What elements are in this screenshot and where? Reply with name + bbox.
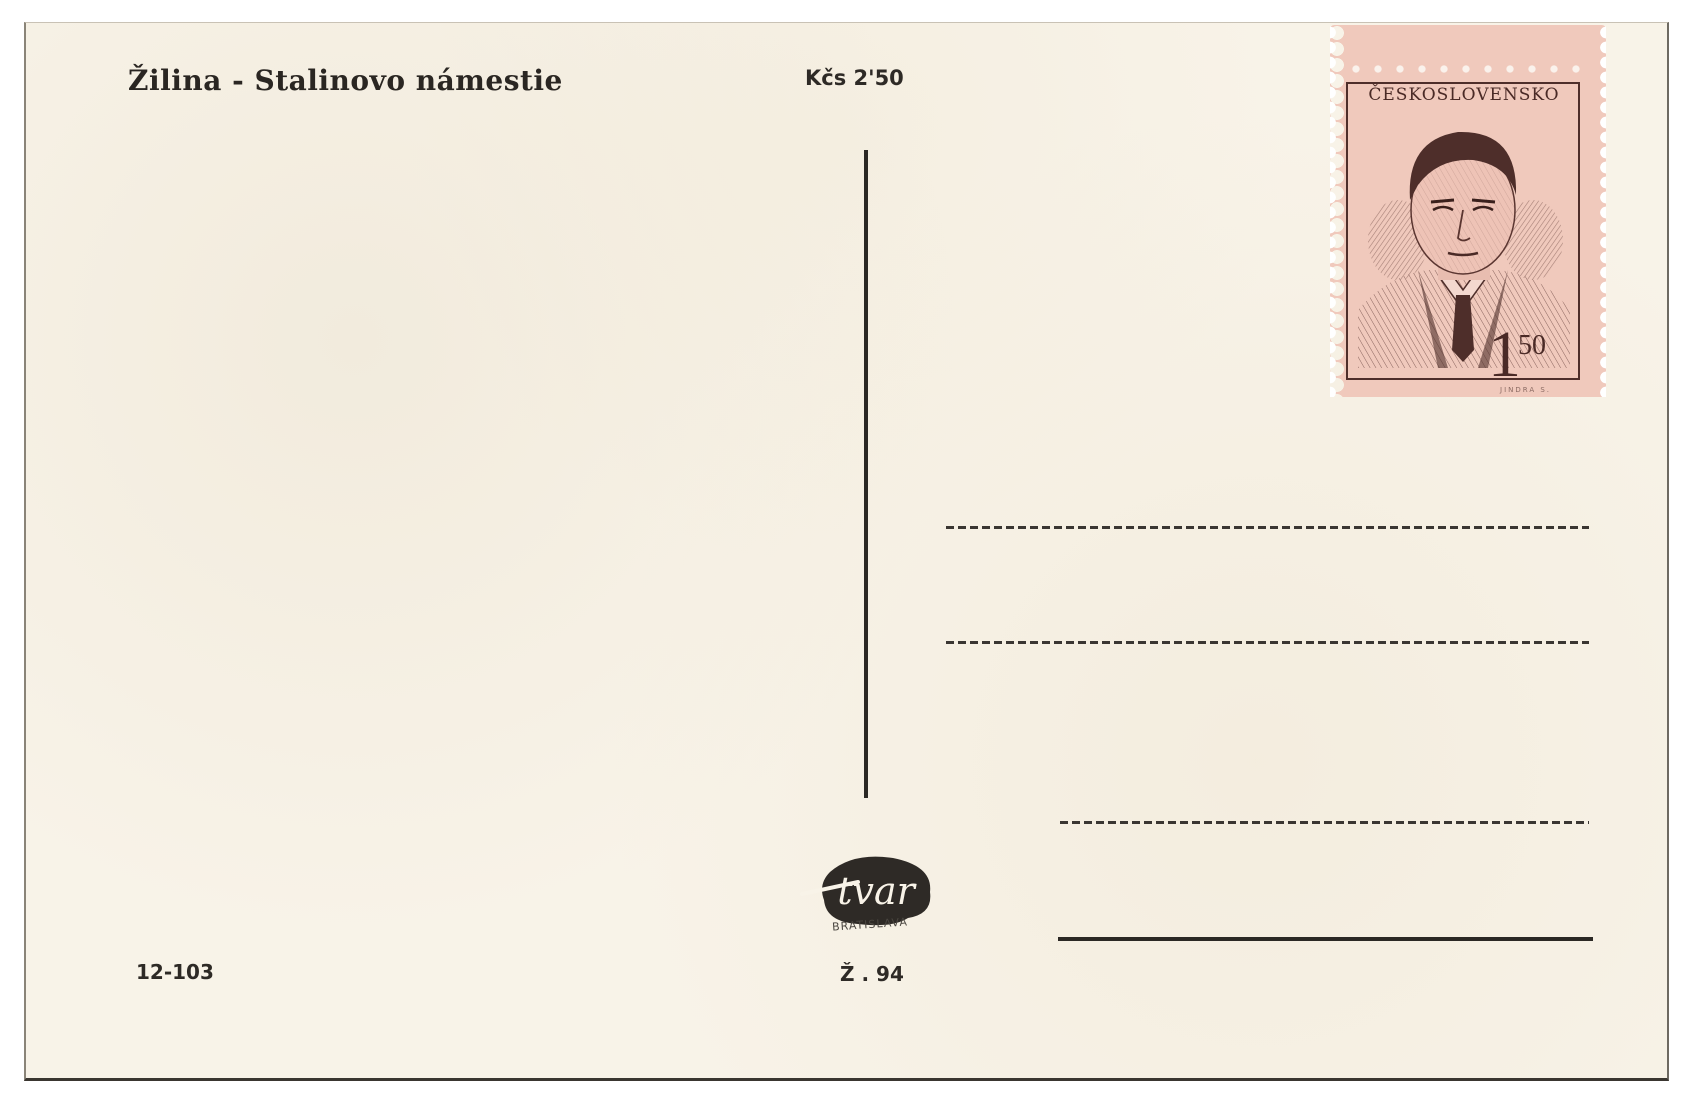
stamp-engraver: JINDRA S. — [1500, 386, 1551, 394]
address-line-4 — [1058, 937, 1593, 941]
address-line-2 — [946, 641, 1589, 644]
message-address-divider — [864, 150, 868, 798]
series-code: Ž . 94 — [840, 962, 904, 986]
postcard-title: Žilina - Stalinovo námestie — [128, 64, 563, 97]
price-label: Kčs 2'50 — [805, 66, 904, 90]
stamp-perforation-holes — [1345, 63, 1590, 75]
address-line-1 — [946, 526, 1589, 529]
address-line-3 — [1060, 821, 1589, 824]
svg-text:tvar: tvar — [837, 869, 917, 913]
stamp-country: ČESKOSLOVENSKO — [1350, 85, 1578, 105]
stamp-value-minor: 50 — [1518, 332, 1546, 360]
catalog-code: 12-103 — [136, 960, 214, 984]
stamp-value-major: 1 — [1488, 322, 1521, 388]
